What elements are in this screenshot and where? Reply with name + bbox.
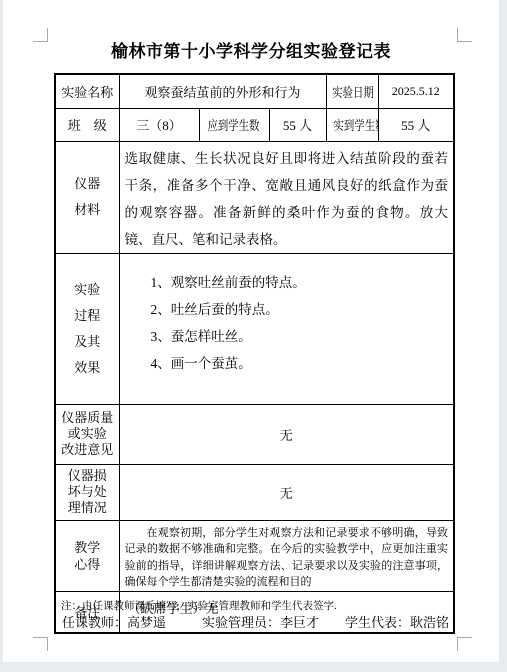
label-expected-students-text: 应到学生数 (208, 115, 260, 134)
label-line: 仪器质量 (56, 410, 119, 426)
row-equipment-materials: 仪器 材料 选取健康、生长状况良好且即将进入结茧阶段的蚕若干条，准备多个干净、宽… (55, 141, 454, 253)
label-actual-students-text: 实到学生数 (333, 115, 378, 134)
student-representative-signature: 学生代表：耿浩铭 (345, 612, 449, 631)
label-teaching-reflection: 教学 心得 (55, 520, 119, 591)
process-step-1: 1、观察吐丝前蚕的特点。 (151, 269, 454, 296)
value-experiment-date: 2025.5.12 (378, 74, 454, 108)
row-teaching-reflection: 教学 心得 在观察初期，部分学生对观察方法和记录要求不够明确，导致记录的数据不够… (55, 520, 454, 591)
value-teaching-reflection: 在观察初期，部分学生对观察方法和记录要求不够明确，导致记录的数据不够准确和完整。… (119, 520, 454, 591)
label-equipment-quality: 仪器质量 或实验 改进意见 (55, 404, 119, 464)
value-experiment-name: 观察蚕结茧前的外形和行为 (119, 74, 326, 108)
label-line: 及其 (56, 329, 119, 355)
value-experiment-process: 1、观察吐丝前蚕的特点。 2、吐丝后蚕的特点。 3、蚕怎样吐丝。 4、画一个蚕茧… (119, 253, 454, 404)
label-line: 心得 (56, 556, 119, 573)
value-equipment-quality: 无 (119, 404, 454, 464)
row-equipment-quality: 仪器质量 或实验 改进意见 无 (55, 404, 454, 464)
margin-mark-bottom-left-icon (33, 637, 48, 651)
label-line: 或实验 (56, 426, 119, 442)
process-step-4: 4、画一个蚕茧。 (151, 350, 454, 377)
label-experiment-date-text: 实验日期 (332, 82, 374, 101)
label-line: 效果 (56, 355, 119, 381)
label-line: 材料 (56, 197, 119, 223)
label-line: 仪器 (56, 171, 119, 197)
teacher-signature: 任课教师：高梦遥 (62, 612, 166, 631)
row-class-info: 班 级 三（8） 应到学生数 55 人 实到学生数 55 人 (55, 108, 454, 141)
experiment-registration-table: 实验名称 观察蚕结茧前的外形和行为 实验日期 2025.5.12 班 级 三（8… (54, 73, 455, 634)
margin-mark-bottom-right-icon (457, 637, 472, 651)
row-equipment-damage: 仪器损 坏与处 理情况 无 (55, 464, 454, 520)
label-experiment-name: 实验名称 (55, 74, 119, 108)
label-line: 改进意见 (56, 442, 119, 458)
label-equipment-damage: 仪器损 坏与处 理情况 (55, 464, 119, 520)
row-experiment-name: 实验名称 观察蚕结茧前的外形和行为 实验日期 2025.5.12 (55, 74, 454, 108)
label-actual-students: 实到学生数 (326, 108, 378, 141)
screenshot-root: { "doc": { "title": "榆林市第十小学科学分组实验登记表", … (0, 0, 507, 672)
process-step-2: 2、吐丝后蚕的特点。 (151, 296, 454, 323)
label-line: 理情况 (56, 500, 119, 516)
label-experiment-process: 实验 过程 及其 效果 (55, 253, 119, 404)
value-actual-students: 55 人 (378, 108, 454, 141)
label-line: 仪器损 (56, 468, 119, 484)
lab-manager-signature: 实验管理员：李巨才 (202, 612, 319, 631)
teaching-reflection-text: 在观察初期，部分学生对观察方法和记录要求不够明确，导致记录的数据不够准确和完整。… (125, 525, 449, 591)
process-step-3: 3、蚕怎样吐丝。 (151, 323, 454, 350)
label-line: 实验 (56, 277, 119, 303)
row-experiment-process: 实验 过程 及其 效果 1、观察吐丝前蚕的特点。 2、吐丝后蚕的特点。 3、蚕怎… (55, 253, 454, 404)
footnote: 注：由任课教师课后填写，实验室管理教师和学生代表签字. (61, 598, 337, 613)
document-page: 榆林市第十小学科学分组实验登记表 实验名称 观察蚕结茧前的外形和行为 实验日期 … (3, 0, 499, 662)
label-line: 过程 (56, 303, 119, 329)
label-expected-students: 应到学生数 (199, 108, 269, 141)
value-expected-students: 55 人 (269, 108, 326, 141)
value-equipment-damage: 无 (119, 464, 454, 520)
document-title: 榆林市第十小学科学分组实验登记表 (3, 37, 499, 62)
label-line: 坏与处 (56, 484, 119, 500)
label-class: 班 级 (55, 108, 119, 141)
label-experiment-date: 实验日期 (326, 74, 378, 108)
label-line: 教学 (56, 539, 119, 556)
value-equipment-materials: 选取健康、生长状况良好且即将进入结茧阶段的蚕若干条，准备多个干净、宽敞且通风良好… (119, 141, 454, 253)
label-equipment-materials: 仪器 材料 (55, 141, 119, 253)
value-class: 三（8） (119, 108, 199, 141)
